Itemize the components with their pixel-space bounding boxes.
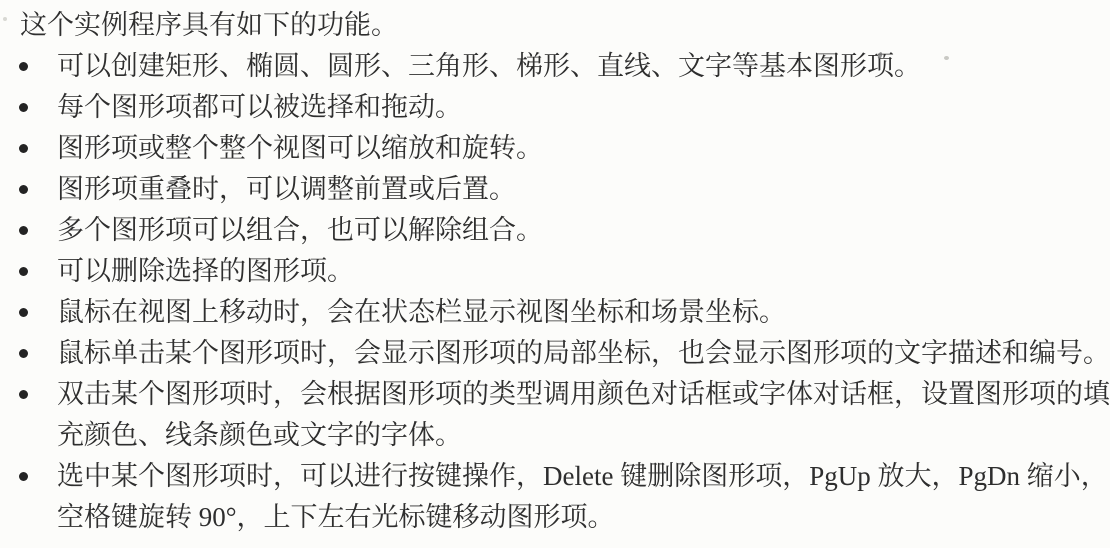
- list-item: 双击某个图形项时，会根据图形项的类型调用颜色对话框或字体对话框，设置图形项的填 …: [0, 374, 1110, 456]
- bullet-line: 双击某个图形项时，会根据图形项的类型调用颜色对话框或字体对话框，设置图形项的填: [57, 374, 1110, 415]
- bullet-icon: [19, 472, 28, 481]
- bullet-icon: [19, 62, 28, 71]
- list-item: 图形项或整个整个视图可以缩放和旋转。: [0, 128, 1110, 169]
- bullet-line-wrap: 空格键旋转 90°，上下左右光标键移动图形项。: [57, 497, 1110, 538]
- bullet-line-wrap: 充颜色、线条颜色或文字的字体。: [57, 415, 1110, 456]
- bullet-line: 图形项重叠时，可以调整前置或后置。: [57, 169, 1110, 210]
- bullet-icon: [19, 267, 28, 276]
- list-item: 图形项重叠时，可以调整前置或后置。: [0, 169, 1110, 210]
- bullet-icon: [19, 308, 28, 317]
- bullet-icon: [19, 103, 28, 112]
- bullet-line: 图形项或整个整个视图可以缩放和旋转。: [57, 128, 1110, 169]
- list-item: 可以删除选择的图形项。: [0, 251, 1110, 292]
- intro-sentence: 这个实例程序具有如下的功能。: [0, 5, 1110, 46]
- bullet-icon: [19, 144, 28, 153]
- scanned-page: 这个实例程序具有如下的功能。 可以创建矩形、椭圆、圆形、三角形、梯形、直线、文字…: [0, 0, 1110, 548]
- list-item: 选中某个图形项时，可以进行按键操作，Delete 键删除图形项，PgUp 放大，…: [0, 456, 1110, 538]
- scan-speck: [3, 17, 7, 21]
- bullet-line: 鼠标单击某个图形项时，会显示图形项的局部坐标，也会显示图形项的文字描述和编号。: [57, 333, 1110, 374]
- bullet-line: 可以删除选择的图形项。: [57, 251, 1110, 292]
- list-item: 鼠标单击某个图形项时，会显示图形项的局部坐标，也会显示图形项的文字描述和编号。: [0, 333, 1110, 374]
- bullet-line: 每个图形项都可以被选择和拖动。: [57, 87, 1110, 128]
- scan-speck: [944, 56, 949, 60]
- bullet-icon: [19, 226, 28, 235]
- bullet-line: 鼠标在视图上移动时，会在状态栏显示视图坐标和场景坐标。: [57, 292, 1110, 333]
- list-item: 鼠标在视图上移动时，会在状态栏显示视图坐标和场景坐标。: [0, 292, 1110, 333]
- list-item: 多个图形项可以组合，也可以解除组合。: [0, 210, 1110, 251]
- bullet-icon: [19, 349, 28, 358]
- feature-list: 可以创建矩形、椭圆、圆形、三角形、梯形、直线、文字等基本图形项。 每个图形项都可…: [0, 46, 1110, 538]
- list-item: 每个图形项都可以被选择和拖动。: [0, 87, 1110, 128]
- bullet-line: 多个图形项可以组合，也可以解除组合。: [57, 210, 1110, 251]
- bullet-icon: [19, 185, 28, 194]
- bullet-line: 选中某个图形项时，可以进行按键操作，Delete 键删除图形项，PgUp 放大，…: [57, 456, 1110, 497]
- bullet-line: 可以创建矩形、椭圆、圆形、三角形、梯形、直线、文字等基本图形项。: [57, 46, 1110, 87]
- list-item: 可以创建矩形、椭圆、圆形、三角形、梯形、直线、文字等基本图形项。: [0, 46, 1110, 87]
- bullet-icon: [19, 390, 28, 399]
